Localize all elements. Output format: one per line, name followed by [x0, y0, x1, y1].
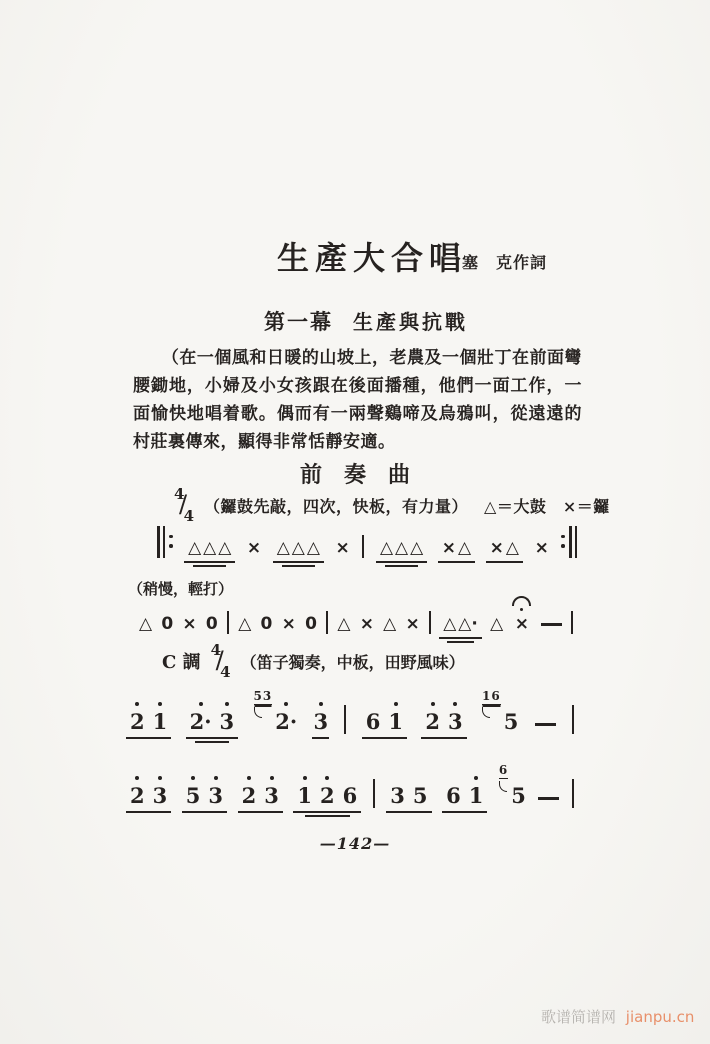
drum-symbol: △ — [383, 614, 396, 634]
octave-dot — [453, 702, 457, 706]
beam-group: 23 — [422, 702, 465, 734]
beam-group: 126 — [294, 776, 360, 808]
jianpu-note: 6 — [343, 783, 358, 808]
drum-symbol: △ — [458, 538, 471, 558]
drum-symbol: △ — [292, 538, 305, 558]
tempo-note: （鑼鼓先敲，四次，快板，有力量） — [204, 494, 468, 517]
octave-dot — [191, 776, 195, 780]
barline — [344, 705, 346, 734]
notation-line-percussion-2: △0×0△0×0△×△×△△·△× — [139, 596, 573, 634]
octave-dot — [158, 776, 162, 780]
jianpu-note: 2 — [130, 776, 145, 808]
notation-line-melody-1: 212·3532·36123165 — [127, 702, 574, 734]
drum-symbol: △ — [188, 538, 201, 558]
grace-notes: 53 — [254, 690, 273, 718]
drum-symbol: △ — [380, 538, 393, 558]
grace-notes: 16 — [482, 690, 501, 718]
jianpu-note: 3 — [220, 702, 235, 734]
beam-group: 61 — [443, 776, 486, 808]
drum-symbol: △ — [443, 614, 456, 634]
jianpu-note: 2· — [190, 702, 212, 734]
jianpu-note: 3 — [208, 776, 223, 808]
octave-dot — [284, 702, 288, 706]
rest-note: 0 — [206, 614, 218, 634]
watermark-site-name: 歌谱简谱网 — [541, 1008, 616, 1026]
watermark-url: jianpu.cn — [626, 1008, 695, 1026]
octave-dot — [303, 776, 307, 780]
beam-group: △△△ — [274, 538, 323, 558]
drum-symbol: △ — [395, 538, 408, 558]
drum-symbol: △ — [410, 538, 423, 558]
jianpu-note: 2 — [320, 776, 335, 808]
jianpu-note: 5 — [186, 776, 201, 808]
octave-dot — [135, 776, 139, 780]
jianpu-note: 6 — [446, 783, 461, 808]
beam-group: 21 — [127, 702, 170, 734]
octave-dot — [325, 776, 329, 780]
watermark: 歌谱简谱网 jianpu.cn — [541, 1006, 694, 1027]
drum-symbol: △· — [458, 614, 478, 634]
drum-symbol: △ — [218, 538, 231, 558]
gong-symbol: × — [360, 614, 374, 634]
page-number: —142— — [0, 834, 710, 853]
repeat-end-sign — [561, 526, 577, 558]
jianpu-note: 3 — [313, 702, 328, 734]
jianpu-note: 1 — [297, 776, 312, 808]
octave-dot — [135, 702, 139, 706]
stage-direction: （在一個風和日暖的山坡上，老農及一個壯丁在前面彎腰鋤地，小婦及小女孩跟在後面播種… — [133, 344, 582, 456]
rest-note: 0 — [161, 614, 173, 634]
time-signature-denominator: 4 — [184, 507, 194, 525]
sheet-music-page: 生產大合唱 塞 克作詞 第一幕 生產與抗戰 （在一個風和日暖的山坡上，老農及一個… — [0, 0, 710, 1044]
jianpu-note: 2 — [242, 776, 257, 808]
gong-symbol: × — [442, 538, 456, 558]
drum-symbol: △ — [277, 538, 290, 558]
jianpu-note: 3 — [264, 776, 279, 808]
barline — [571, 611, 573, 634]
jianpu-note: 532· — [254, 702, 298, 734]
barline — [227, 611, 229, 634]
jianpu-note: 3 — [390, 783, 405, 808]
drum-symbol: △ — [490, 614, 503, 634]
beam-group: △△△ — [377, 538, 426, 558]
beam-group: 53 — [183, 776, 226, 808]
gong-symbol: × — [535, 538, 549, 558]
act-heading: 第一幕 生產與抗戰 — [264, 306, 468, 336]
gong-symbol: × — [182, 614, 196, 634]
octave-dot — [225, 702, 229, 706]
page-title: 生產大合唱 — [277, 233, 467, 279]
time-signature-denominator: 4 — [220, 663, 230, 681]
drum-symbol: △ — [506, 538, 519, 558]
key-line: C 調 4 4 （笛子獨奏，中板，田野風味） — [162, 644, 465, 678]
gong-symbol: × — [405, 614, 419, 634]
octave-dot — [431, 702, 435, 706]
jianpu-note: 6 — [366, 709, 381, 734]
beam-group: △△· — [440, 614, 481, 634]
instrument-note: （笛子獨奏，中板，田野風味） — [241, 650, 465, 673]
key-time-signature: 4 4 — [211, 644, 231, 678]
act-number: 第一幕 — [264, 306, 333, 336]
grace-note-digits: 6 — [499, 764, 508, 779]
grace-note-digits: 16 — [482, 690, 501, 705]
jianpu-note: 2 — [425, 702, 440, 734]
jianpu-note: 1 — [469, 776, 484, 808]
beam-group: 23 — [127, 776, 170, 808]
barline — [373, 779, 375, 808]
gong-symbol: × — [512, 596, 531, 634]
dash-held-note — [538, 797, 559, 801]
drum-symbol: △ — [337, 614, 350, 634]
barline — [429, 611, 431, 634]
drum-symbol: △ — [238, 614, 251, 634]
barline — [572, 779, 574, 808]
gong-symbol: × — [490, 538, 504, 558]
fermata-icon — [512, 596, 531, 611]
barline — [362, 535, 364, 558]
octave-dot — [158, 702, 162, 706]
grace-note-digits: 53 — [254, 690, 273, 705]
octave-dot — [270, 776, 274, 780]
jianpu-note: 1 — [153, 702, 168, 734]
beam-group: 23 — [239, 776, 282, 808]
jianpu-note: 2 — [130, 702, 145, 734]
drum-symbol: △ — [139, 614, 152, 634]
drum-symbol: △ — [203, 538, 216, 558]
author-credit: 塞 克作詞 — [462, 250, 547, 273]
gong-symbol: × — [247, 538, 261, 558]
gong-symbol: × — [282, 614, 296, 634]
time-signature: 4 4 — [174, 488, 194, 522]
barline — [572, 705, 574, 734]
grace-notes: 6 — [499, 764, 508, 792]
beam-group: △△△ — [185, 538, 234, 558]
beam-group: 35 — [387, 783, 430, 808]
jianpu-note: 3 — [448, 702, 463, 734]
jianpu-note: 5 — [413, 783, 428, 808]
dash-held-note — [541, 623, 562, 627]
gong-symbol: × — [336, 538, 350, 558]
grace-slur-icon — [482, 707, 490, 718]
key-label: C 調 — [162, 648, 201, 674]
octave-dot — [394, 702, 398, 706]
jianpu-note: 65 — [499, 780, 526, 808]
beam-group: ×△ — [439, 538, 474, 558]
act-title: 生產與抗戰 — [353, 306, 468, 335]
notation-line-melody-2: 235323126356165 — [127, 776, 574, 808]
notation-line-percussion-1: △△△×△△△×△△△×△×△× — [157, 526, 577, 558]
grace-slur-icon — [254, 707, 262, 718]
octave-dot — [474, 776, 478, 780]
drum-symbol: △ — [307, 538, 320, 558]
beam-group: 61 — [363, 702, 406, 734]
octave-dot — [199, 702, 203, 706]
jianpu-note: 1 — [388, 702, 403, 734]
rest-note: 0 — [261, 614, 273, 634]
tempo-line: 4 4 （鑼鼓先敲，四次，快板，有力量） △＝大鼓 ×＝鑼 — [174, 488, 610, 522]
grace-slur-icon — [499, 781, 507, 792]
repeat-start-sign — [157, 526, 173, 558]
octave-dot — [214, 776, 218, 780]
octave-dot — [247, 776, 251, 780]
beam-group: ×△ — [487, 538, 522, 558]
barline — [326, 611, 328, 634]
rest-note: 0 — [305, 614, 317, 634]
prelude-heading: 前奏曲 — [278, 458, 432, 489]
beam-group: 2·3 — [187, 702, 238, 734]
octave-dot — [319, 702, 323, 706]
drum-gong-legend: △＝大鼓 ×＝鑼 — [484, 494, 610, 517]
jianpu-note: 3 — [153, 776, 168, 808]
dash-held-note — [535, 723, 556, 727]
jianpu-note: 165 — [482, 706, 518, 734]
